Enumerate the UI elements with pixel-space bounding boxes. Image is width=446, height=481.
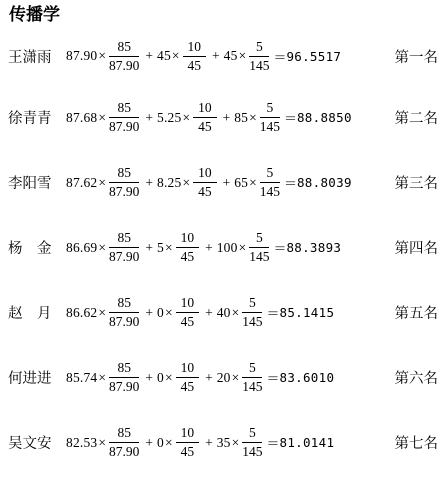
fraction-1: 85 87.90 <box>109 230 139 264</box>
numerator: 85 <box>109 39 139 57</box>
equals-sign: ＝ <box>284 173 297 192</box>
fraction-3: 5 145 <box>249 230 269 264</box>
student-row: 徐青青 87.68 × 85 87.90 + 5.25 × 10 45 + 85… <box>8 85 440 150</box>
plus-sign: + <box>145 240 153 256</box>
score-formula: 86.62 × 85 87.90 + 0 × 10 45 + 40 × 5 14… <box>66 295 334 329</box>
times-sign: × <box>232 305 240 321</box>
plus-sign: + <box>212 48 220 64</box>
weight-1: 87.90 <box>66 48 97 64</box>
score-result: 88.8850 <box>297 110 352 125</box>
score-formula: 87.90 × 85 87.90 + 45 × 10 45 + 45 × 5 1… <box>66 39 341 73</box>
fraction-3: 5 145 <box>242 360 262 394</box>
fraction-2: 10 45 <box>176 360 200 394</box>
score-formula: 82.53 × 85 87.90 + 0 × 10 45 + 35 × 5 14… <box>66 425 334 459</box>
numerator: 5 <box>260 100 280 118</box>
denominator: 45 <box>176 313 200 330</box>
times-sign: × <box>232 370 240 386</box>
numerator: 10 <box>176 360 200 378</box>
denominator: 145 <box>242 443 262 460</box>
times-sign: × <box>249 110 257 126</box>
student-row: 何进进 85.74 × 85 87.90 + 0 × 10 45 + 20 × … <box>8 345 440 410</box>
denominator: 145 <box>260 118 280 135</box>
student-name: 李阳雪 <box>8 172 66 193</box>
fraction-3: 5 145 <box>242 425 262 459</box>
weight-1: 82.53 <box>66 435 97 451</box>
weight-1: 87.62 <box>66 175 97 191</box>
plus-sign: + <box>145 435 153 451</box>
weight-2: 5.25 <box>157 110 181 126</box>
equals-sign: ＝ <box>266 433 279 452</box>
student-name: 赵 月 <box>8 302 66 323</box>
times-sign: × <box>249 175 257 191</box>
fraction-1: 85 87.90 <box>109 165 139 199</box>
fraction-1: 85 87.90 <box>109 100 139 134</box>
student-name: 杨 金 <box>8 237 66 258</box>
weight-2: 5 <box>157 240 164 256</box>
rank-label: 第二名 <box>395 107 441 128</box>
fraction-2: 10 45 <box>193 165 217 199</box>
numerator: 85 <box>109 360 139 378</box>
times-sign: × <box>182 110 190 126</box>
numerator: 10 <box>176 425 200 443</box>
numerator: 5 <box>249 230 269 248</box>
weight-3: 20 <box>217 370 231 386</box>
fraction-1: 85 87.90 <box>109 425 139 459</box>
score-result: 83.6010 <box>280 370 335 385</box>
fraction-1: 85 87.90 <box>109 39 139 73</box>
fraction-2: 10 45 <box>183 39 207 73</box>
equals-sign: ＝ <box>273 47 286 66</box>
numerator: 10 <box>176 295 200 313</box>
student-row: 杨 金 86.69 × 85 87.90 + 5 × 10 45 + 100 ×… <box>8 215 440 280</box>
weight-3: 65 <box>234 175 248 191</box>
fraction-2: 10 45 <box>176 425 200 459</box>
plus-sign: + <box>145 175 153 191</box>
fraction-2: 10 45 <box>176 230 200 264</box>
rank-label: 第六名 <box>395 367 441 388</box>
times-sign: × <box>165 240 173 256</box>
numerator: 85 <box>109 100 139 118</box>
times-sign: × <box>165 370 173 386</box>
numerator: 10 <box>183 39 207 57</box>
times-sign: × <box>98 48 106 64</box>
plus-sign: + <box>223 175 231 191</box>
denominator: 87.90 <box>109 378 139 395</box>
student-name: 王潇雨 <box>8 46 66 67</box>
page-title: 传播学 <box>9 3 440 27</box>
equals-sign: ＝ <box>266 368 279 387</box>
numerator: 10 <box>193 165 217 183</box>
denominator: 87.90 <box>109 313 139 330</box>
denominator: 45 <box>176 248 200 265</box>
weight-3: 85 <box>234 110 248 126</box>
score-result: 85.1415 <box>280 305 335 320</box>
plus-sign: + <box>145 305 153 321</box>
plus-sign: + <box>145 110 153 126</box>
weight-2: 0 <box>157 305 164 321</box>
times-sign: × <box>98 110 106 126</box>
denominator: 45 <box>176 378 200 395</box>
weight-2: 0 <box>157 370 164 386</box>
times-sign: × <box>98 305 106 321</box>
times-sign: × <box>98 435 106 451</box>
student-row: 王潇雨 87.90 × 85 87.90 + 45 × 10 45 + 45 ×… <box>8 27 440 85</box>
weight-1: 87.68 <box>66 110 97 126</box>
denominator: 145 <box>242 313 262 330</box>
weight-2: 45 <box>157 48 171 64</box>
numerator: 10 <box>176 230 200 248</box>
plus-sign: + <box>205 370 213 386</box>
denominator: 87.90 <box>109 248 139 265</box>
times-sign: × <box>98 175 106 191</box>
rank-label: 第五名 <box>395 302 441 323</box>
equals-sign: ＝ <box>273 238 286 257</box>
numerator: 85 <box>109 165 139 183</box>
times-sign: × <box>165 435 173 451</box>
times-sign: × <box>172 48 180 64</box>
times-sign: × <box>165 305 173 321</box>
rank-label: 第三名 <box>395 172 441 193</box>
weight-1: 86.69 <box>66 240 97 256</box>
denominator: 45 <box>193 183 217 200</box>
numerator: 5 <box>242 360 262 378</box>
denominator: 145 <box>260 183 280 200</box>
numerator: 10 <box>193 100 217 118</box>
weight-3: 35 <box>217 435 231 451</box>
weight-2: 8.25 <box>157 175 181 191</box>
numerator: 85 <box>109 230 139 248</box>
denominator: 45 <box>176 443 200 460</box>
fraction-3: 5 145 <box>260 100 280 134</box>
weight-2: 0 <box>157 435 164 451</box>
equals-sign: ＝ <box>266 303 279 322</box>
denominator: 87.90 <box>109 183 139 200</box>
weight-3: 100 <box>217 240 238 256</box>
student-row: 吴文安 82.53 × 85 87.90 + 0 × 10 45 + 35 × … <box>8 410 440 475</box>
weight-1: 86.62 <box>66 305 97 321</box>
plus-sign: + <box>205 240 213 256</box>
score-formula: 85.74 × 85 87.90 + 0 × 10 45 + 20 × 5 14… <box>66 360 334 394</box>
weight-3: 45 <box>224 48 238 64</box>
numerator: 5 <box>260 165 280 183</box>
denominator: 87.90 <box>109 118 139 135</box>
document-page: 传播学 王潇雨 87.90 × 85 87.90 + 45 × 10 45 + … <box>0 0 446 475</box>
plus-sign: + <box>145 370 153 386</box>
score-result: 81.0141 <box>280 435 335 450</box>
fraction-2: 10 45 <box>176 295 200 329</box>
student-name: 吴文安 <box>8 432 66 453</box>
fraction-3: 5 145 <box>242 295 262 329</box>
fraction-1: 85 87.90 <box>109 295 139 329</box>
student-name: 徐青青 <box>8 107 66 128</box>
plus-sign: + <box>205 435 213 451</box>
times-sign: × <box>98 240 106 256</box>
weight-3: 40 <box>217 305 231 321</box>
denominator: 45 <box>193 118 217 135</box>
plus-sign: + <box>223 110 231 126</box>
denominator: 145 <box>249 248 269 265</box>
times-sign: × <box>182 175 190 191</box>
rank-label: 第四名 <box>395 237 441 258</box>
times-sign: × <box>98 370 106 386</box>
score-formula: 87.68 × 85 87.90 + 5.25 × 10 45 + 85 × 5… <box>66 100 352 134</box>
denominator: 87.90 <box>109 443 139 460</box>
plus-sign: + <box>145 48 153 64</box>
score-formula: 86.69 × 85 87.90 + 5 × 10 45 + 100 × 5 1… <box>66 230 341 264</box>
denominator: 145 <box>249 57 269 74</box>
fraction-1: 85 87.90 <box>109 360 139 394</box>
numerator: 5 <box>242 425 262 443</box>
denominator: 45 <box>183 57 207 74</box>
fraction-3: 5 145 <box>249 39 269 73</box>
score-formula: 87.62 × 85 87.90 + 8.25 × 10 45 + 65 × 5… <box>66 165 352 199</box>
score-result: 88.8039 <box>297 175 352 190</box>
score-result: 88.3893 <box>286 240 341 255</box>
rank-label: 第七名 <box>395 432 441 453</box>
times-sign: × <box>232 435 240 451</box>
numerator: 5 <box>242 295 262 313</box>
times-sign: × <box>239 48 247 64</box>
denominator: 87.90 <box>109 57 139 74</box>
rank-label: 第一名 <box>395 46 441 67</box>
numerator: 5 <box>249 39 269 57</box>
denominator: 145 <box>242 378 262 395</box>
numerator: 85 <box>109 295 139 313</box>
fraction-2: 10 45 <box>193 100 217 134</box>
fraction-3: 5 145 <box>260 165 280 199</box>
plus-sign: + <box>205 305 213 321</box>
equals-sign: ＝ <box>284 108 297 127</box>
weight-1: 85.74 <box>66 370 97 386</box>
numerator: 85 <box>109 425 139 443</box>
student-row: 李阳雪 87.62 × 85 87.90 + 8.25 × 10 45 + 65… <box>8 150 440 215</box>
score-result: 96.5517 <box>286 49 341 64</box>
times-sign: × <box>239 240 247 256</box>
student-row: 赵 月 86.62 × 85 87.90 + 0 × 10 45 + 40 × … <box>8 280 440 345</box>
student-name: 何进进 <box>8 367 66 388</box>
